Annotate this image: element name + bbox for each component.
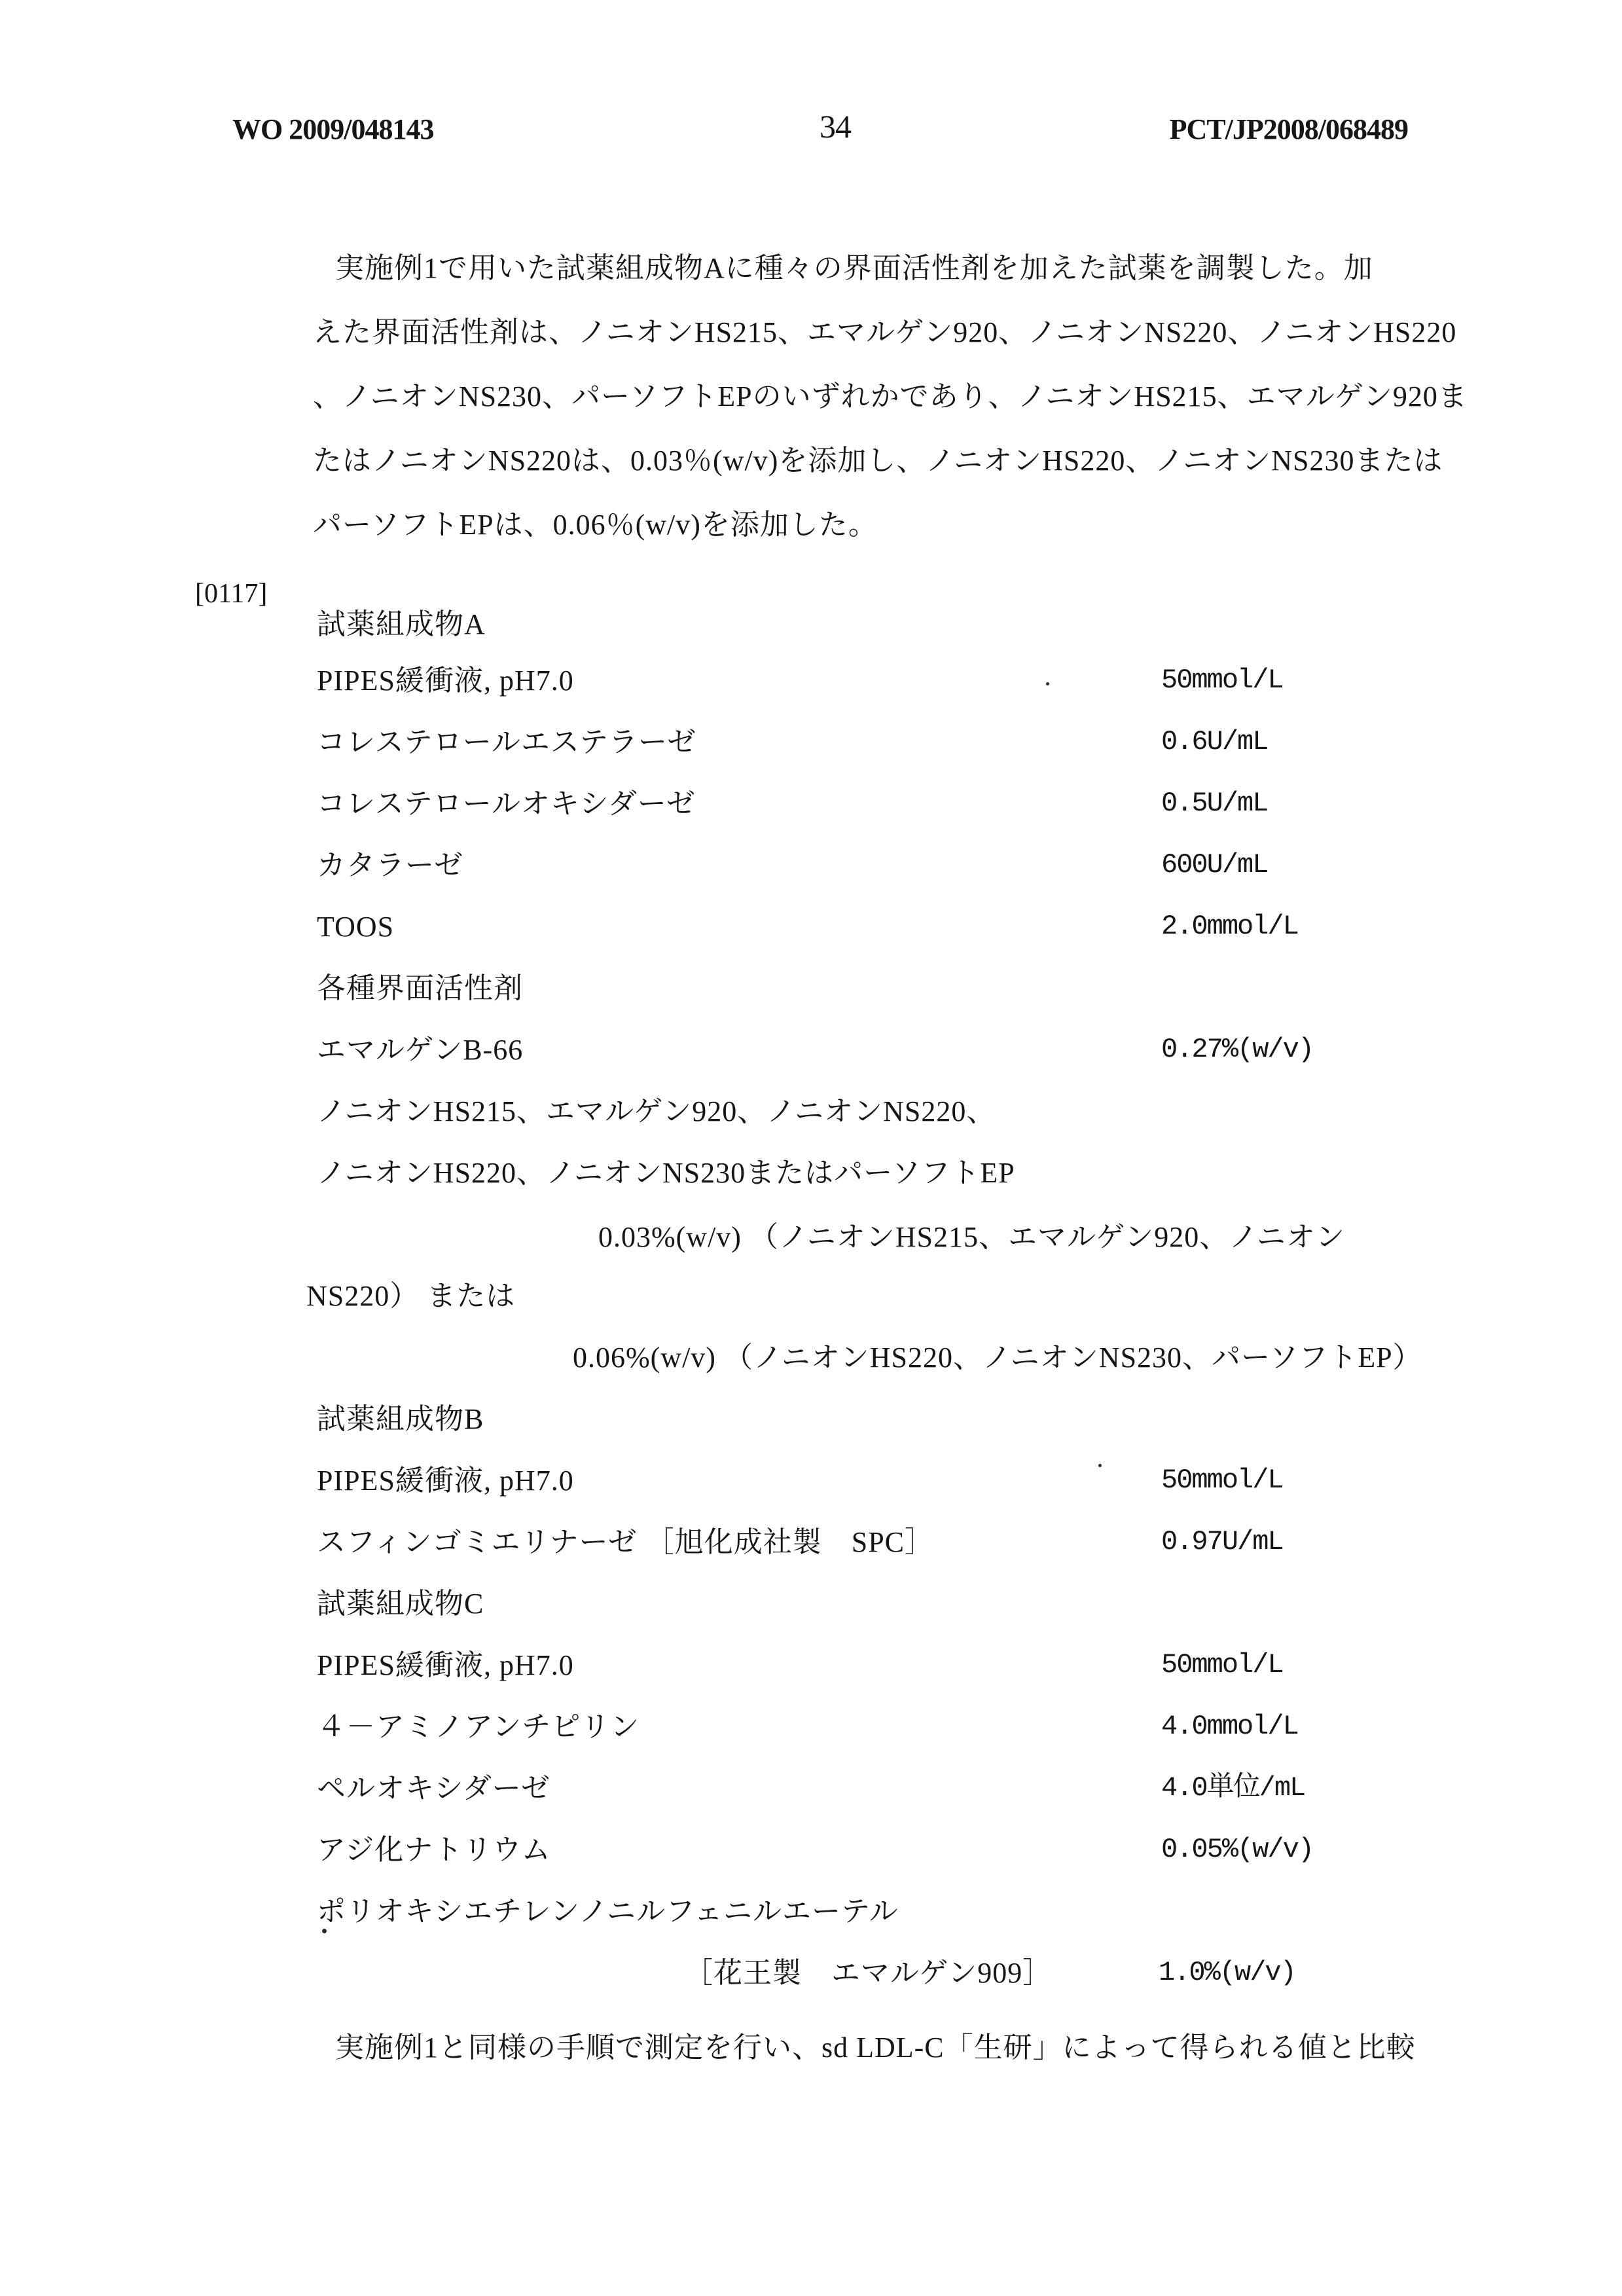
row-value: 0.5U/mL [1161,790,1267,817]
row-label: エマルゲンB-66 [317,1036,523,1065]
row-label: 各種界面活性剤 [317,974,523,1003]
paragraph-line: えた界面活性剤は、ノニオンHS215、エマルゲン920、ノニオンNS220、ノニ… [313,318,1456,347]
composition-row: コレステロールオキシダーゼ0.5U/mL [0,790,1622,829]
paragraph-number-marker: [0117] [195,580,267,608]
row-label: ［花王製 エマルゲン909］ [684,1959,1052,1988]
row-label: カタラーゼ [317,851,463,880]
composition-row-indented: 0.06%(w/v) （ノニオンHS220、ノニオンNS230、パーソフトEP） [0,1343,1622,1383]
composition-row: 各種界面活性剤 [0,974,1622,1013]
row-value: 0.05%(w/v) [1161,1836,1313,1863]
row-label: スフィンゴミエリナーゼ ［旭化成社製 SPC］ [317,1528,934,1557]
row-value: 0.6U/mL [1161,728,1267,756]
composition-row: PIPES緩衝液, pH7.050mmol/L [0,1651,1622,1690]
composition-row: PIPES緩衝液, pH7.050mmol/L [0,666,1622,706]
row-label: PIPES緩衝液, pH7.0 [317,1467,574,1495]
row-label: ポリオキシエチレンノニルフェニルエーテル [317,1897,899,1926]
closing-paragraph-line: 実施例1と同様の手順で測定を行い、sd LDL-C「生研」によって得られる値と比… [335,2033,1416,2062]
composition-row-indented: ［花王製 エマルゲン909］1.0%(w/v) [0,1959,1622,1998]
row-value: 0.27%(w/v) [1161,1036,1313,1063]
row-label: NS220） または [306,1282,515,1311]
composition-row: カタラーゼ600U/mL [0,851,1622,890]
row-label: PIPES緩衝液, pH7.0 [317,1651,574,1680]
row-value: 2.0mmol/L [1161,913,1298,940]
header-application-number: PCT/JP2008/068489 [1170,115,1408,144]
row-label: 0.06%(w/v) （ノニオンHS220、ノニオンNS230、パーソフトEP） [573,1343,1422,1372]
paragraph-line: パーソフトEPは、0.06％(w/v)を添加した。 [313,511,878,539]
row-value: 4.0mmol/L [1161,1713,1298,1740]
section-title-c: 試薬組成物C [317,1590,484,1618]
row-label: TOOS [317,913,394,941]
composition-row: PIPES緩衝液, pH7.050mmol/L [0,1467,1622,1506]
scan-artifact-dot [1046,682,1049,685]
section-title-a: 試薬組成物A [317,610,486,639]
paragraph-line: 実施例1で用いた試薬組成物Aに種々の界面活性剤を加えた試薬を調製した。加 [335,254,1373,283]
row-label: 0.03%(w/v) （ノニオンHS215、エマルゲン920、ノニオン [598,1223,1345,1252]
row-label: ノニオンHS220、ノニオンNS230またはパーソフトEP [317,1159,1015,1188]
composition-section-title: 試薬組成物C [0,1590,1622,1629]
paragraph-line: たはノニオンNS220は、0.03％(w/v)を添加し、ノニオンHS220、ノニ… [313,446,1443,475]
row-label: ペルオキシダーゼ [317,1774,550,1803]
composition-row: エマルゲンB-660.27%(w/v) [0,1036,1622,1075]
scan-artifact-dot [1098,1464,1102,1467]
row-value: 50mmol/L [1161,666,1283,694]
row-value: 600U/mL [1161,851,1267,879]
row-label: コレステロールエステラーゼ [317,728,696,757]
composition-row: ４－アミノアンチピリン4.0mmol/L [0,1713,1622,1752]
composition-row: ノニオンHS215、エマルゲン920、ノニオンNS220、 [0,1097,1622,1137]
row-value: 4.0単位/mL [1161,1774,1305,1802]
row-value: 1.0%(w/v) [1159,1959,1295,1986]
row-value: 50mmol/L [1161,1651,1283,1679]
composition-section-title: 試薬組成物A [0,610,1622,649]
composition-row: スフィンゴミエリナーゼ ［旭化成社製 SPC］0.97U/mL [0,1528,1622,1567]
paragraph-line: 、ノニオンNS230、パーソフトEPのいずれかであり、ノニオンHS215、エマル… [313,382,1468,411]
composition-row: アジ化ナトリウム0.05%(w/v) [0,1836,1622,1875]
scan-artifact-dot [322,1929,327,1933]
composition-row: ポリオキシエチレンノニルフェニルエーテル [0,1897,1622,1937]
row-label: ノニオンHS215、エマルゲン920、ノニオンNS220、 [317,1097,996,1126]
row-label: ４－アミノアンチピリン [317,1713,640,1741]
composition-row: ペルオキシダーゼ4.0単位/mL [0,1774,1622,1813]
composition-row: TOOS2.0mmol/L [0,913,1622,952]
composition-row: NS220） または [0,1282,1622,1321]
patent-document-page: WO 2009/048143 34 PCT/JP2008/068489 実施例1… [0,0,1622,2296]
row-label: コレステロールオキシダーゼ [317,790,696,818]
section-title-b: 試薬組成物B [317,1405,484,1434]
row-value: 50mmol/L [1161,1467,1283,1494]
row-label: PIPES緩衝液, pH7.0 [317,666,574,695]
header-publication-number: WO 2009/048143 [232,115,433,144]
composition-row: コレステロールエステラーゼ0.6U/mL [0,728,1622,767]
header-page-number: 34 [820,110,851,143]
composition-section-title: 試薬組成物B [0,1405,1622,1444]
composition-row-indented: 0.03%(w/v) （ノニオンHS215、エマルゲン920、ノニオン [0,1223,1622,1262]
row-value: 0.97U/mL [1161,1528,1283,1556]
composition-row: ノニオンHS220、ノニオンNS230またはパーソフトEP [0,1159,1622,1198]
row-label: アジ化ナトリウム [317,1836,551,1865]
